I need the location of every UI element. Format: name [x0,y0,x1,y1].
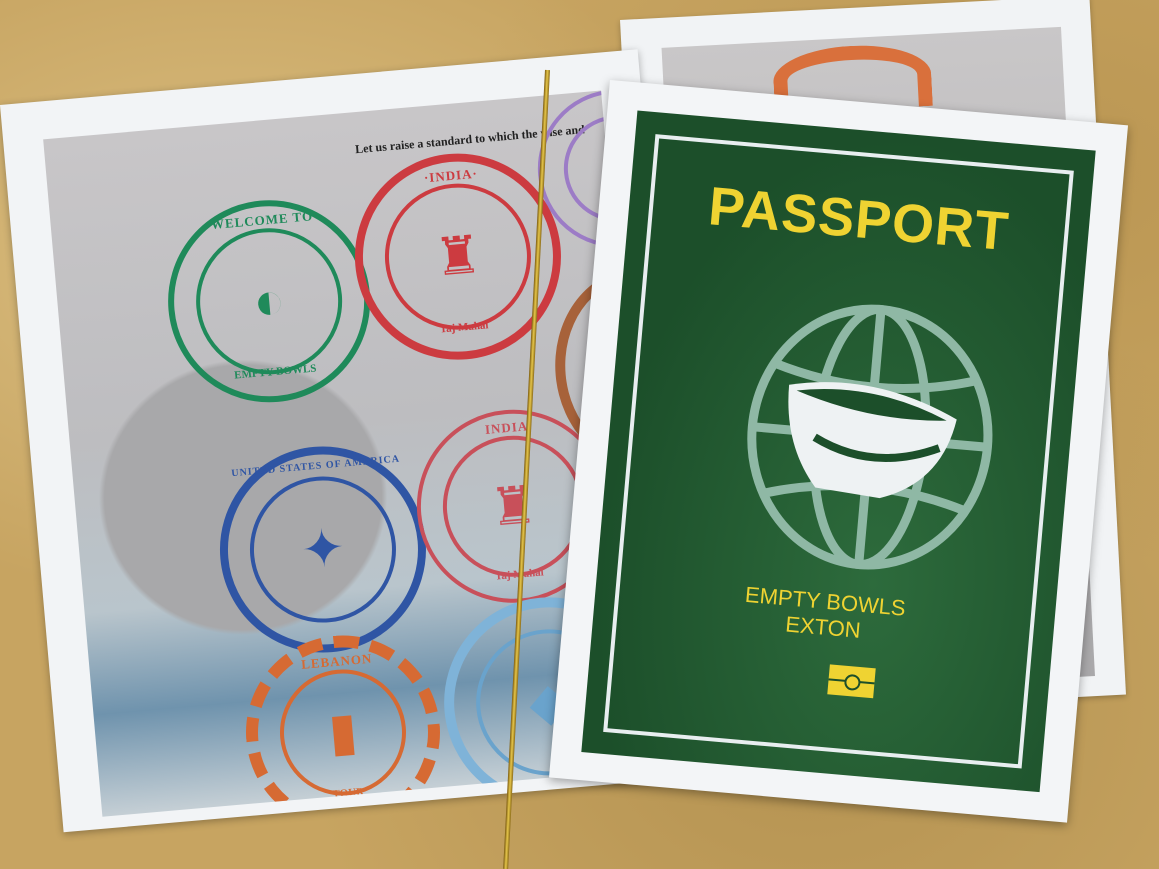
eagle-icon: ✦ [299,522,347,578]
taj-mahal-icon: ♜ [432,229,483,285]
biometric-chip-icon [827,664,875,698]
passport-cover: PASSPORT EMPTY BOWLS EXTON [549,80,1128,823]
welcome-stamp: WELCOME TO ◐ EMPTY BOWLS [160,192,379,411]
stamp-top-text: ·INDIA· [356,160,547,192]
cover-panel: PASSPORT EMPTY BOWLS EXTON [581,111,1095,793]
stamp-top-text: UNITED STATES OF AMERICA [221,453,411,481]
stamp-top-text: LEBANON [251,646,422,677]
globe-bowl-icon [734,292,1007,583]
map-icon: ▮ [326,705,359,759]
usa-stamp: UNITED STATES OF AMERICA ✦ [211,438,434,661]
stamp-top-text: WELCOME TO [167,204,358,236]
stamp-top-text: INDIA [414,412,600,444]
bowl-icon: ◐ [251,274,287,329]
lebanon-stamp: LEBANON ▮ TOUR [238,627,448,816]
stamp-bottom-text: TOUR [263,780,433,807]
stamp-bottom-text: EMPTY BOWLS [180,358,370,387]
taj-mahal-icon: ♜ [488,478,539,534]
